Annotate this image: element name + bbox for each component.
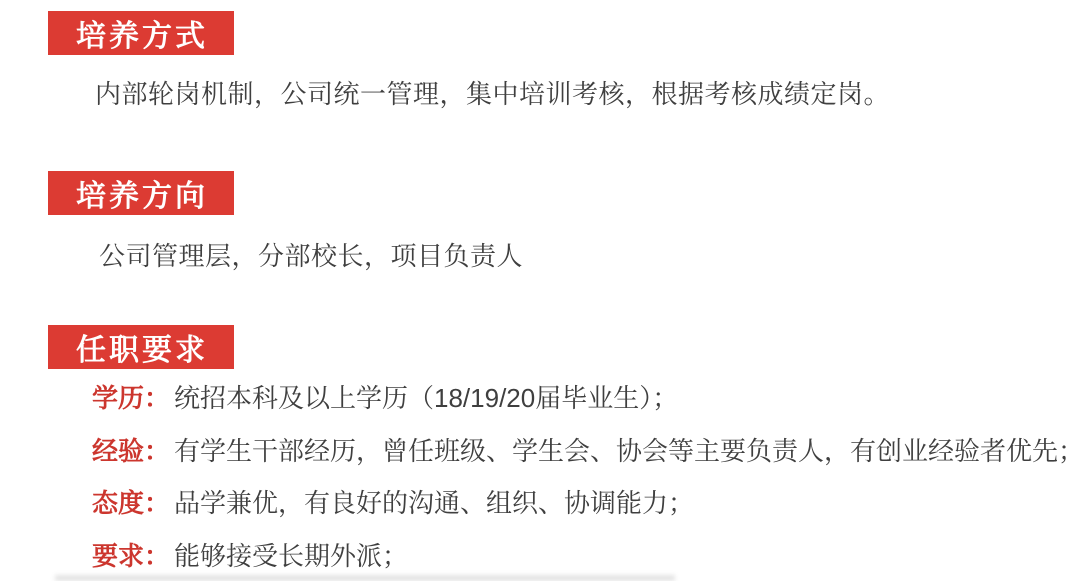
requirement-row-attitude: 态度：品学兼优，有良好的沟通、组织、协调能力； bbox=[92, 483, 694, 520]
requirement-demand-label: 要求： bbox=[92, 541, 170, 571]
badge-training-direction-label: 培养方向 bbox=[76, 171, 208, 215]
requirement-row-demand: 要求：能够接受长期外派； bbox=[92, 536, 408, 573]
requirement-attitude-label: 态度： bbox=[92, 488, 170, 518]
requirement-education-label: 学历： bbox=[92, 383, 170, 413]
requirement-education-text: 统招本科及以上学历（18/19/20届毕业生）； bbox=[174, 383, 678, 413]
requirement-demand-text: 能够接受长期外派； bbox=[174, 541, 408, 571]
badge-job-requirements-label: 任职要求 bbox=[76, 325, 208, 369]
requirement-experience-text: 有学生干部经历，曾任班级、学生会、协会等主要负责人，有创业经验者优先； bbox=[174, 436, 1080, 466]
badge-training-method: 培养方式 bbox=[48, 11, 234, 55]
training-method-text: 内部轮岗机制，公司统一管理，集中培训考核，根据考核成绩定岗。 bbox=[95, 74, 890, 111]
badge-job-requirements: 任职要求 bbox=[48, 325, 234, 369]
badge-training-direction: 培养方向 bbox=[48, 171, 234, 215]
requirement-experience-label: 经验： bbox=[92, 436, 170, 466]
bottom-shadow-band bbox=[55, 575, 675, 581]
requirement-row-experience: 经验：有学生干部经历，曾任班级、学生会、协会等主要负责人，有创业经验者优先； bbox=[92, 431, 1080, 468]
requirement-row-education: 学历：统招本科及以上学历（18/19/20届毕业生）； bbox=[92, 378, 678, 415]
badge-training-method-label: 培养方式 bbox=[76, 11, 208, 55]
training-direction-text: 公司管理层，分部校长，项目负责人 bbox=[99, 236, 523, 273]
poster-page: 培养方式 内部轮岗机制，公司统一管理，集中培训考核，根据考核成绩定岗。 培养方向… bbox=[0, 0, 1080, 581]
requirement-attitude-text: 品学兼优，有良好的沟通、组织、协调能力； bbox=[174, 488, 694, 518]
